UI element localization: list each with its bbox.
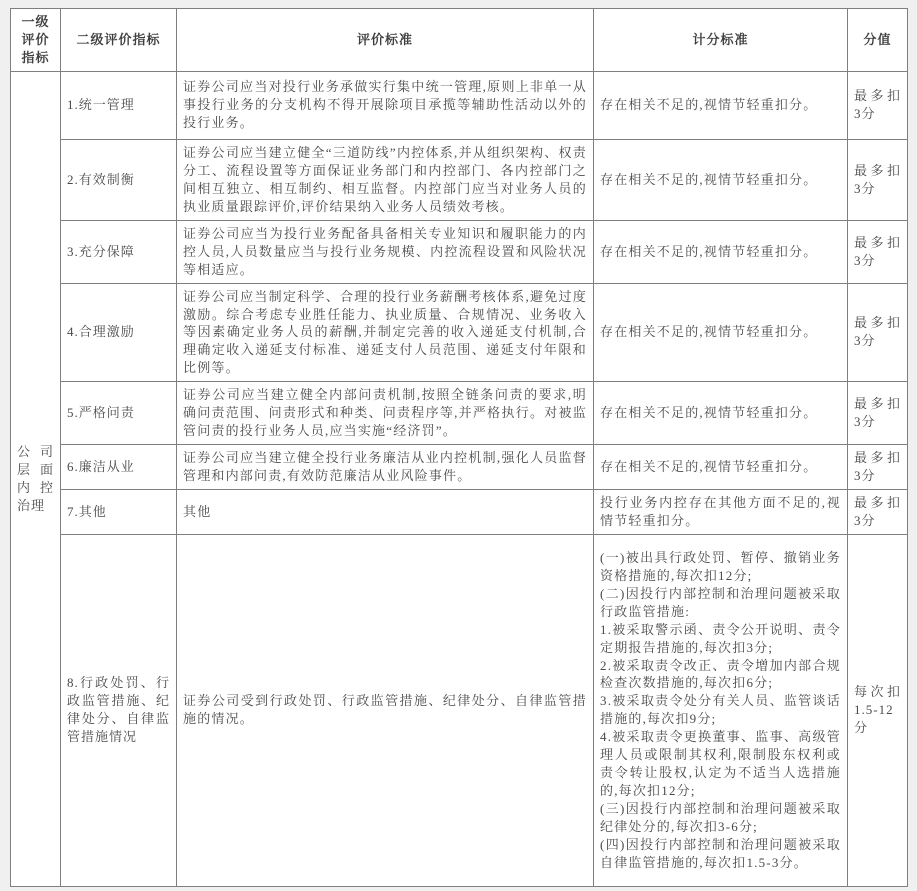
table-row-strict-accountability: 5.严格问责 证券公司应当建立健全内部问责机制,按照全链条问责的要求,明确问责范…	[11, 382, 908, 445]
scoring-cell: 存在相关不足的,视情节轻重扣分。	[594, 382, 848, 445]
table-row-integrity-practice: 6.廉洁从业 证券公司应当建立健全投行业务廉洁从业内控机制,强化人员监督管理和内…	[11, 445, 908, 490]
table-row-unified-management: 公司层面内控治理 1.统一管理 证券公司应当对投行业务承做实行集中统一管理,原则…	[11, 71, 908, 139]
score-cell: 每次扣1.5-12分	[848, 534, 908, 886]
scoring-cell: 存在相关不足的,视情节轻重扣分。	[594, 139, 848, 220]
document-page: 一级评价指标 二级评价指标 评价标准 计分标准 分值 公司层面内控治理 1.统一…	[0, 0, 917, 891]
criteria-cell: 其他	[177, 489, 594, 534]
scoring-cell: 存在相关不足的,视情节轻重扣分。	[594, 71, 848, 139]
scoring-cell: 存在相关不足的,视情节轻重扣分。	[594, 220, 848, 283]
criteria-cell: 证券公司应当建立健全内部问责机制,按照全链条问责的要求,明确问责范围、问责形式和…	[177, 382, 594, 445]
scoring-cell: 存在相关不足的,视情节轻重扣分。	[594, 283, 848, 382]
score-cell: 最多扣3分	[848, 139, 908, 220]
score-cell: 最多扣3分	[848, 382, 908, 445]
level1-category-cell: 公司层面内控治理	[11, 71, 61, 886]
indicator-cell: 4.合理激励	[61, 283, 177, 382]
criteria-cell: 证券公司应当建立健全投行业务廉洁从业内控机制,强化人员监督管理和内部问责,有效防…	[177, 445, 594, 490]
score-cell: 最多扣3分	[848, 283, 908, 382]
header-cell-criteria: 评价标准	[177, 9, 594, 72]
score-cell: 最多扣3分	[848, 489, 908, 534]
indicator-cell: 2.有效制衡	[61, 139, 177, 220]
table-row-sufficient-support: 3.充分保障 证券公司应当为投行业务配备具备相关专业知识和履职能力的内控人员,人…	[11, 220, 908, 283]
header-cell-score: 分值	[848, 9, 908, 72]
table-row-other: 7.其他 其他 投行业务内控存在其他方面不足的,视情节轻重扣分。 最多扣3分	[11, 489, 908, 534]
evaluation-criteria-table: 一级评价指标 二级评价指标 评价标准 计分标准 分值 公司层面内控治理 1.统一…	[10, 8, 908, 887]
score-cell: 最多扣3分	[848, 445, 908, 490]
indicator-cell: 7.其他	[61, 489, 177, 534]
criteria-cell: 证券公司应当制定科学、合理的投行业务薪酬考核体系,避免过度激励。综合考虑专业胜任…	[177, 283, 594, 382]
header-cell-scoring: 计分标准	[594, 9, 848, 72]
scoring-cell: 存在相关不足的,视情节轻重扣分。	[594, 445, 848, 490]
scoring-cell: (一)被出具行政处罚、暂停、撤销业务资格措施的,每次扣12分; (二)因投行内部…	[594, 534, 848, 886]
header-row: 一级评价指标 二级评价指标 评价标准 计分标准 分值	[11, 9, 908, 72]
table-row-reasonable-incentives: 4.合理激励 证券公司应当制定科学、合理的投行业务薪酬考核体系,避免过度激励。综…	[11, 283, 908, 382]
header-cell-level2-indicator: 二级评价指标	[61, 9, 177, 72]
score-cell: 最多扣3分	[848, 220, 908, 283]
criteria-cell: 证券公司受到行政处罚、行政监管措施、纪律处分、自律监管措施的情况。	[177, 534, 594, 886]
header-cell-level1-indicator: 一级评价指标	[11, 9, 61, 72]
indicator-cell: 8.行政处罚、行政监管措施、纪律处分、自律监管措施情况	[61, 534, 177, 886]
indicator-cell: 6.廉洁从业	[61, 445, 177, 490]
table-row-effective-checks: 2.有效制衡 证券公司应当建立健全“三道防线”内控体系,并从组织架构、权责分工、…	[11, 139, 908, 220]
score-cell: 最多扣3分	[848, 71, 908, 139]
criteria-cell: 证券公司应当为投行业务配备具备相关专业知识和履职能力的内控人员,人员数量应当与投…	[177, 220, 594, 283]
indicator-cell: 1.统一管理	[61, 71, 177, 139]
criteria-cell: 证券公司应当建立健全“三道防线”内控体系,并从组织架构、权责分工、流程设置等方面…	[177, 139, 594, 220]
scoring-cell: 投行业务内控存在其他方面不足的,视情节轻重扣分。	[594, 489, 848, 534]
table-row-penalties-and-measures: 8.行政处罚、行政监管措施、纪律处分、自律监管措施情况 证券公司受到行政处罚、行…	[11, 534, 908, 886]
indicator-cell: 3.充分保障	[61, 220, 177, 283]
criteria-cell: 证券公司应当对投行业务承做实行集中统一管理,原则上非单一从事投行业务的分支机构不…	[177, 71, 594, 139]
indicator-cell: 5.严格问责	[61, 382, 177, 445]
